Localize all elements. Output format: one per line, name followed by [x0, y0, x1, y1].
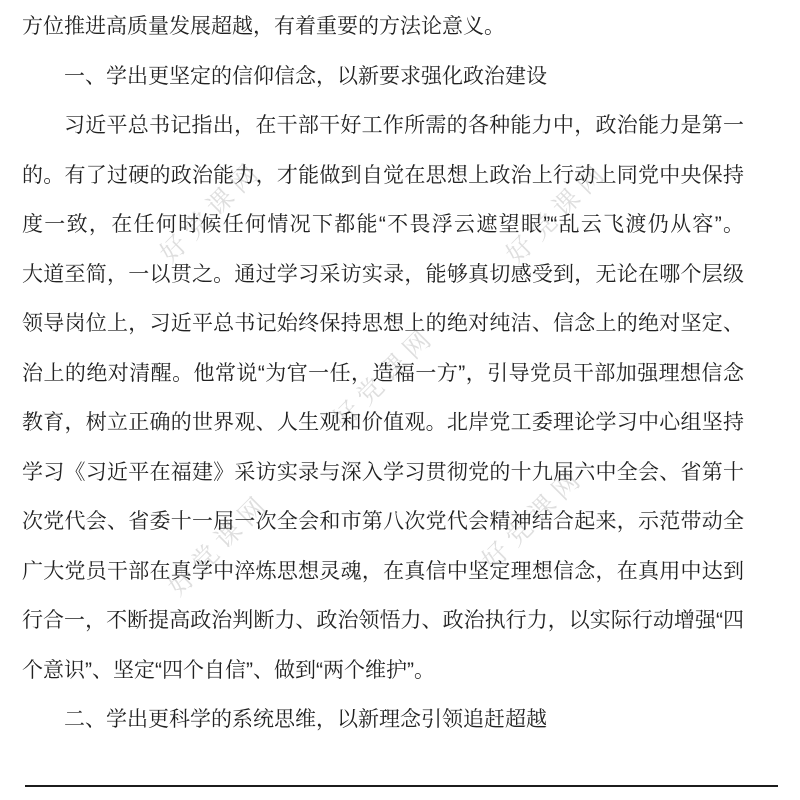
- text-line: 个意识”、坚定“四个自信”、做到“两个维护”。: [22, 646, 744, 696]
- text-line: 教育，树立正确的世界观、人生观和价值观。北岸党工委理论学习中心组坚持把: [22, 398, 744, 448]
- text-line: 行合一，不断提高政治判断力、政治领悟力、政治执行力，以实际行动增强“四: [22, 596, 744, 646]
- text-line: 方位推进高质量发展超越，有着重要的方法论意义。: [22, 2, 744, 52]
- text-line: 广大党员干部在真学中淬炼思想灵魂，在真信中坚定理想信念，在真用中达到知: [22, 547, 744, 597]
- text-line: 的。有了过硬的政治能力，才能做到自觉在思想上政治上行动上同党中央保持高: [22, 151, 744, 201]
- text-line: 习近平总书记指出，在干部干好工作所需的各种能力中，政治能力是第一位: [22, 101, 744, 151]
- text-line: 治上的绝对清醒。他常说“为官一任，造福一方”，引导党员干部加强理想信念: [22, 349, 744, 399]
- document-page: 好党课网好党课网好党课网好党课网好党课网 方位推进高质量发展超越，有着重要的方法…: [0, 0, 800, 800]
- section-heading: 二、学出更科学的系统思维，以新理念引领追赶超越: [22, 695, 744, 745]
- document-body: 方位推进高质量发展超越，有着重要的方法论意义。一、学出更坚定的信仰信念，以新要求…: [22, 2, 744, 745]
- text-line: 度一致，在任何时候任何情况下都能“不畏浮云遮望眼”“乱云飞渡仍从容”。: [22, 200, 744, 250]
- section-heading: 一、学出更坚定的信仰信念，以新要求强化政治建设: [22, 52, 744, 102]
- text-line: 大道至简，一以贯之。通过学习采访实录，能够真切感受到，无论在哪个层级的: [22, 250, 744, 300]
- text-line: 学习《习近平在福建》采访实录与深入学习贯彻党的十九届六中全会、省第十一: [22, 448, 744, 498]
- text-line: 次党代会、省委十一届一次全会和市第八次党代会精神结合起来，示范带动全区: [22, 497, 744, 547]
- footer-divider: [25, 785, 778, 787]
- text-line: 领导岗位上，习近平总书记始终保持思想上的绝对纯洁、信念上的绝对坚定、政: [22, 299, 744, 349]
